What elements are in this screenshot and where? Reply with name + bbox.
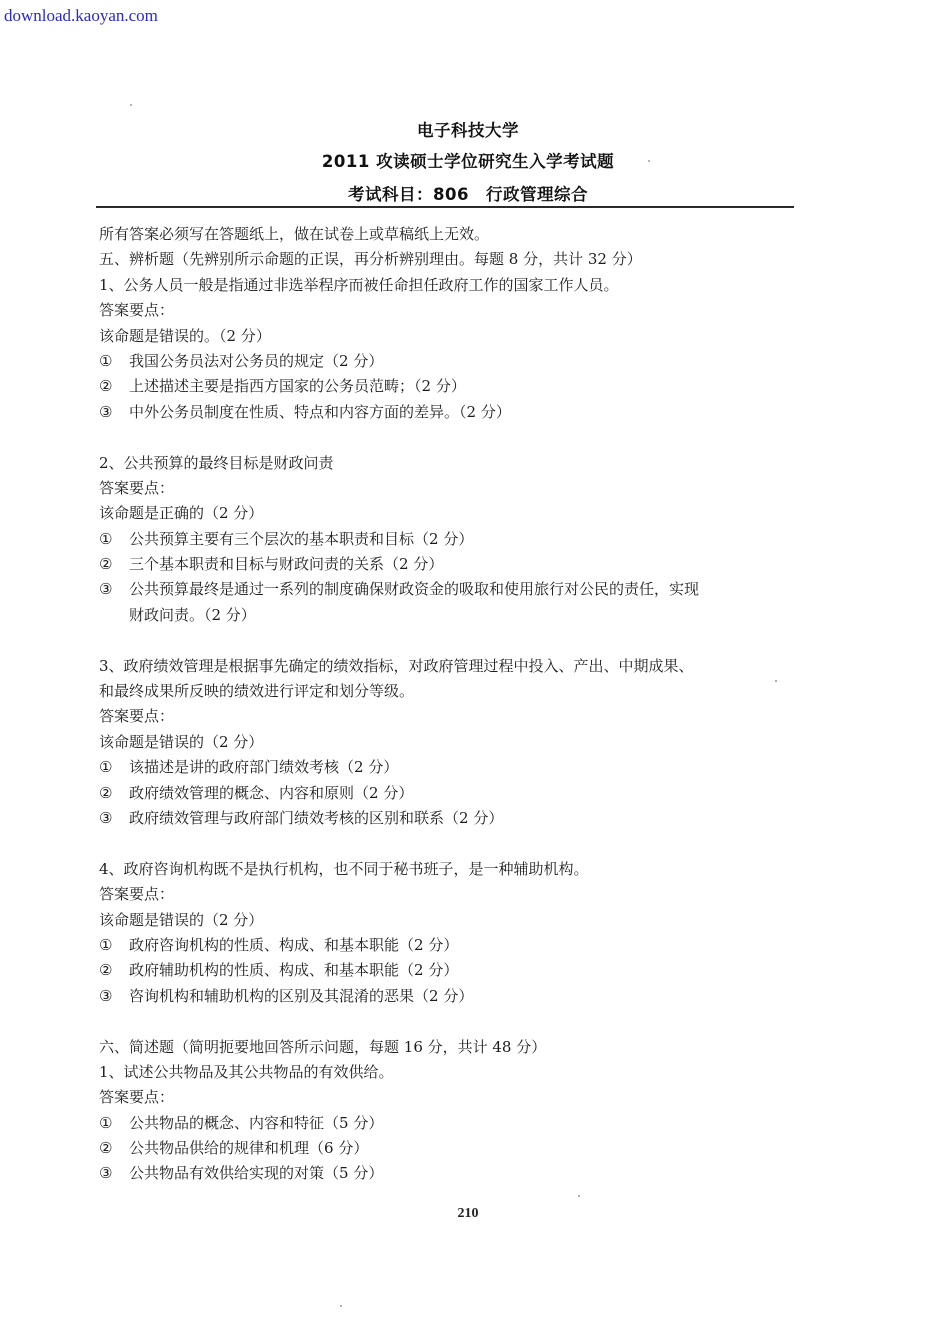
- point-text: 三个基本职责和目标与财政问责的关系（2 分）: [129, 552, 443, 577]
- section-6-title: 六、简述题（简明扼要地回答所示问题，每题 16 分，共计 48 分）: [99, 1035, 799, 1060]
- point-number: ②: [99, 958, 129, 983]
- point-number: ①: [99, 527, 129, 552]
- watermark-link[interactable]: download.kaoyan.com: [4, 6, 158, 26]
- answer-label: 答案要点：: [99, 298, 799, 323]
- scan-speck: [775, 680, 777, 682]
- point-number: ①: [99, 349, 129, 374]
- point-text: 政府绩效管理与政府部门绩效考核的区别和联系（2 分）: [129, 806, 503, 831]
- point-text-continued: 财政问责。（2 分）: [99, 603, 799, 628]
- point-number: ③: [99, 1161, 129, 1186]
- verdict: 该命题是正确的（2 分）: [99, 501, 799, 526]
- answer-point: ③政府绩效管理与政府部门绩效考核的区别和联系（2 分）: [99, 806, 799, 831]
- university-name: 电子科技大学: [0, 117, 936, 141]
- point-number: ②: [99, 552, 129, 577]
- exam-content: 所有答案必须写在答题纸上，做在试卷上或草稿纸上无效。 五、辨析题（先辨别所示命题…: [99, 222, 799, 1187]
- point-number: ②: [99, 374, 129, 399]
- answer-point: ①公共预算主要有三个层次的基本职责和目标（2 分）: [99, 527, 799, 552]
- header-divider: [96, 206, 794, 208]
- point-text: 该描述是讲的政府部门绩效考核（2 分）: [129, 755, 398, 780]
- spacer: [99, 831, 799, 856]
- answer-point: ①公共物品的概念、内容和特征（5 分）: [99, 1111, 799, 1136]
- answer-point: ①政府咨询机构的性质、构成、和基本职能（2 分）: [99, 933, 799, 958]
- verdict: 该命题是错误的（2 分）: [99, 730, 799, 755]
- exam-title: 2011 攻读硕士学位研究生入学考试题: [0, 148, 936, 172]
- answer-point: ③公共物品有效供给实现的对策（5 分）: [99, 1161, 799, 1186]
- point-text: 公共预算主要有三个层次的基本职责和目标（2 分）: [129, 527, 473, 552]
- spacer: [99, 425, 799, 450]
- point-text: 政府绩效管理的概念、内容和原则（2 分）: [129, 781, 413, 806]
- page-number: 210: [0, 1206, 936, 1222]
- point-number: ②: [99, 781, 129, 806]
- point-number: ③: [99, 400, 129, 425]
- question-text: 2、公共预算的最终目标是财政问责: [99, 451, 799, 476]
- question-text-continued: 和最终成果所反映的绩效进行评定和划分等级。: [99, 679, 799, 704]
- point-number: ②: [99, 1136, 129, 1161]
- answer-point: ②政府绩效管理的概念、内容和原则（2 分）: [99, 781, 799, 806]
- point-text: 公共物品的概念、内容和特征（5 分）: [129, 1111, 383, 1136]
- answer-point: ②三个基本职责和目标与财政问责的关系（2 分）: [99, 552, 799, 577]
- question-text: 4、政府咨询机构既不是执行机构，也不同于秘书班子，是一种辅助机构。: [99, 857, 799, 882]
- question-text: 1、试述公共物品及其公共物品的有效供给。: [99, 1060, 799, 1085]
- scan-speck: [578, 1195, 580, 1197]
- question-2: 2、公共预算的最终目标是财政问责 答案要点： 该命题是正确的（2 分） ①公共预…: [99, 451, 799, 629]
- point-text: 中外公务员制度在性质、特点和内容方面的差异。（2 分）: [129, 400, 511, 425]
- answer-label: 答案要点：: [99, 476, 799, 501]
- point-number: ③: [99, 806, 129, 831]
- point-number: ①: [99, 933, 129, 958]
- question-4: 4、政府咨询机构既不是执行机构，也不同于秘书班子，是一种辅助机构。 答案要点： …: [99, 857, 799, 1009]
- point-text: 公共物品有效供给实现的对策（5 分）: [129, 1161, 383, 1186]
- answer-label: 答案要点：: [99, 704, 799, 729]
- question-3: 3、政府绩效管理是根据事先确定的绩效指标，对政府管理过程中投入、产出、中期成果、…: [99, 654, 799, 832]
- question-1: 1、公务人员一般是指通过非选举程序而被任命担任政府工作的国家工作人员。 答案要点…: [99, 273, 799, 425]
- spacer: [99, 628, 799, 653]
- point-text: 政府辅助机构的性质、构成、和基本职能（2 分）: [129, 958, 458, 983]
- answer-point: ①该描述是讲的政府部门绩效考核（2 分）: [99, 755, 799, 780]
- point-text: 咨询机构和辅助机构的区别及其混淆的恶果（2 分）: [129, 984, 473, 1009]
- answer-point: ③咨询机构和辅助机构的区别及其混淆的恶果（2 分）: [99, 984, 799, 1009]
- point-number: ③: [99, 984, 129, 1009]
- answer-label: 答案要点：: [99, 1085, 799, 1110]
- answer-point: ②公共物品供给的规律和机理（6 分）: [99, 1136, 799, 1161]
- answer-point: ②政府辅助机构的性质、构成、和基本职能（2 分）: [99, 958, 799, 983]
- point-number: ①: [99, 1111, 129, 1136]
- exam-subject: 考试科目：806 行政管理综合: [0, 181, 936, 205]
- verdict: 该命题是错误的（2 分）: [99, 908, 799, 933]
- point-text: 政府咨询机构的性质、构成、和基本职能（2 分）: [129, 933, 458, 958]
- point-number: ①: [99, 755, 129, 780]
- point-text: 公共预算最终是通过一系列的制度确保财政资金的吸取和使用旅行对公民的责任，实现: [129, 577, 699, 602]
- answer-point: ③中外公务员制度在性质、特点和内容方面的差异。（2 分）: [99, 400, 799, 425]
- scan-speck: [648, 160, 650, 162]
- point-text: 公共物品供给的规律和机理（6 分）: [129, 1136, 368, 1161]
- question-text: 3、政府绩效管理是根据事先确定的绩效指标，对政府管理过程中投入、产出、中期成果、: [99, 654, 799, 679]
- spacer: [99, 1009, 799, 1034]
- answer-label: 答案要点：: [99, 882, 799, 907]
- notice: 所有答案必须写在答题纸上，做在试卷上或草稿纸上无效。: [99, 222, 799, 247]
- answer-point: ②上述描述主要是指西方国家的公务员范畴；（2 分）: [99, 374, 799, 399]
- verdict: 该命题是错误的。（2 分）: [99, 324, 799, 349]
- scan-speck: [130, 104, 132, 106]
- answer-point: ①我国公务员法对公务员的规定（2 分）: [99, 349, 799, 374]
- point-text: 我国公务员法对公务员的规定（2 分）: [129, 349, 383, 374]
- answer-point: ③公共预算最终是通过一系列的制度确保财政资金的吸取和使用旅行对公民的责任，实现: [99, 577, 799, 602]
- scan-speck: [340, 1305, 342, 1307]
- point-text: 上述描述主要是指西方国家的公务员范畴；（2 分）: [129, 374, 466, 399]
- question-6-1: 1、试述公共物品及其公共物品的有效供给。 答案要点： ①公共物品的概念、内容和特…: [99, 1060, 799, 1187]
- point-number: ③: [99, 577, 129, 602]
- section-5-title: 五、辨析题（先辨别所示命题的正误，再分析辨别理由。每题 8 分，共计 32 分）: [99, 247, 799, 272]
- question-text: 1、公务人员一般是指通过非选举程序而被任命担任政府工作的国家工作人员。: [99, 273, 799, 298]
